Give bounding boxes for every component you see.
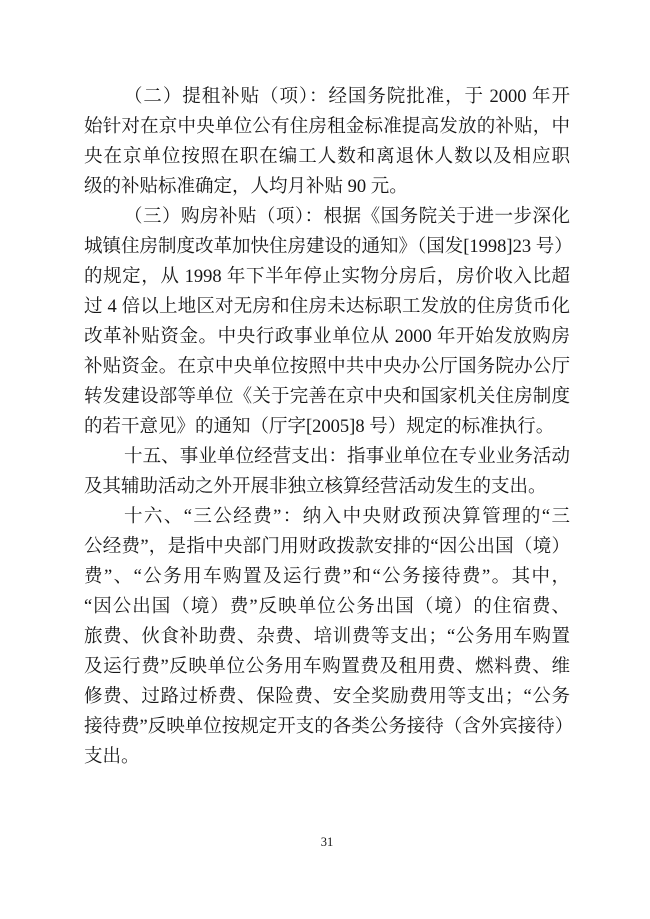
text-line: 费”、“公务用车购置及运行费”和“公务接待费”。其中， — [84, 562, 570, 592]
text-line: 补贴资金。在京中央单位按照中共中央办公厅国务院办公厅 — [84, 352, 570, 382]
text-line: 转发建设部等单位《关于完善在京中央和国家机关住房制度 — [84, 382, 570, 412]
paragraph: （二）提租补贴（项）：经国务院批准，于 2000 年开始针对在京中央单位公有住房… — [84, 82, 570, 202]
text-line: 支出。 — [84, 742, 570, 772]
text-line: 接待费”反映单位按规定开支的各类公务接待（含外宾接待） — [84, 712, 570, 742]
text-line: 及运行费”反映单位公务用车购置费及租用费、燃料费、维 — [84, 652, 570, 682]
text-line: 过 4 倍以上地区对无房和住房未达标职工发放的住房货币化 — [84, 292, 570, 322]
paragraph: 十六、“三公经费”：纳入中央财政预决算管理的“三公经费”，是指中央部门用财政拨款… — [84, 502, 570, 772]
text-line: 及其辅助活动之外开展非独立核算经营活动发生的支出。 — [84, 472, 570, 502]
text-line: 级的补贴标准确定，人均月补贴 90 元。 — [84, 172, 570, 202]
paragraph: 十五、事业单位经营支出：指事业单位在专业业务活动及其辅助活动之外开展非独立核算经… — [84, 442, 570, 502]
page-number: 31 — [84, 834, 570, 850]
text-line: 十五、事业单位经营支出：指事业单位在专业业务活动 — [84, 442, 570, 472]
text-line: 的若干意见》的通知（厅字[2005]8 号）规定的标准执行。 — [84, 412, 570, 442]
paragraph: （三）购房补贴（项）：根据《国务院关于进一步深化城镇住房制度改革加快住房建设的通… — [84, 202, 570, 442]
text-line: 改革补贴资金。中央行政事业单位从 2000 年开始发放购房 — [84, 322, 570, 352]
text-line: 的规定，从 1998 年下半年停止实物分房后，房价收入比超 — [84, 262, 570, 292]
text-line: 公经费”，是指中央部门用财政拨款安排的“因公出国（境） — [84, 532, 570, 562]
text-line: 修费、过路过桥费、保险费、安全奖励费用等支出；“公务 — [84, 682, 570, 712]
document-page: （二）提租补贴（项）：经国务院批准，于 2000 年开始针对在京中央单位公有住房… — [0, 0, 650, 919]
text-line: 央在京单位按照在职在编工人数和离退休人数以及相应职 — [84, 142, 570, 172]
document-body: （二）提租补贴（项）：经国务院批准，于 2000 年开始针对在京中央单位公有住房… — [84, 82, 570, 772]
text-line: 始针对在京中央单位公有住房租金标准提高发放的补贴，中 — [84, 112, 570, 142]
text-line: “因公出国（境）费”反映单位公务出国（境）的住宿费、 — [84, 592, 570, 622]
text-line: 十六、“三公经费”：纳入中央财政预决算管理的“三 — [84, 502, 570, 532]
text-line: （二）提租补贴（项）：经国务院批准，于 2000 年开 — [84, 82, 570, 112]
text-line: 城镇住房制度改革加快住房建设的通知》（国发[1998]23 号） — [84, 232, 570, 262]
text-line: 旅费、伙食补助费、杂费、培训费等支出；“公务用车购置 — [84, 622, 570, 652]
text-line: （三）购房补贴（项）：根据《国务院关于进一步深化 — [84, 202, 570, 232]
